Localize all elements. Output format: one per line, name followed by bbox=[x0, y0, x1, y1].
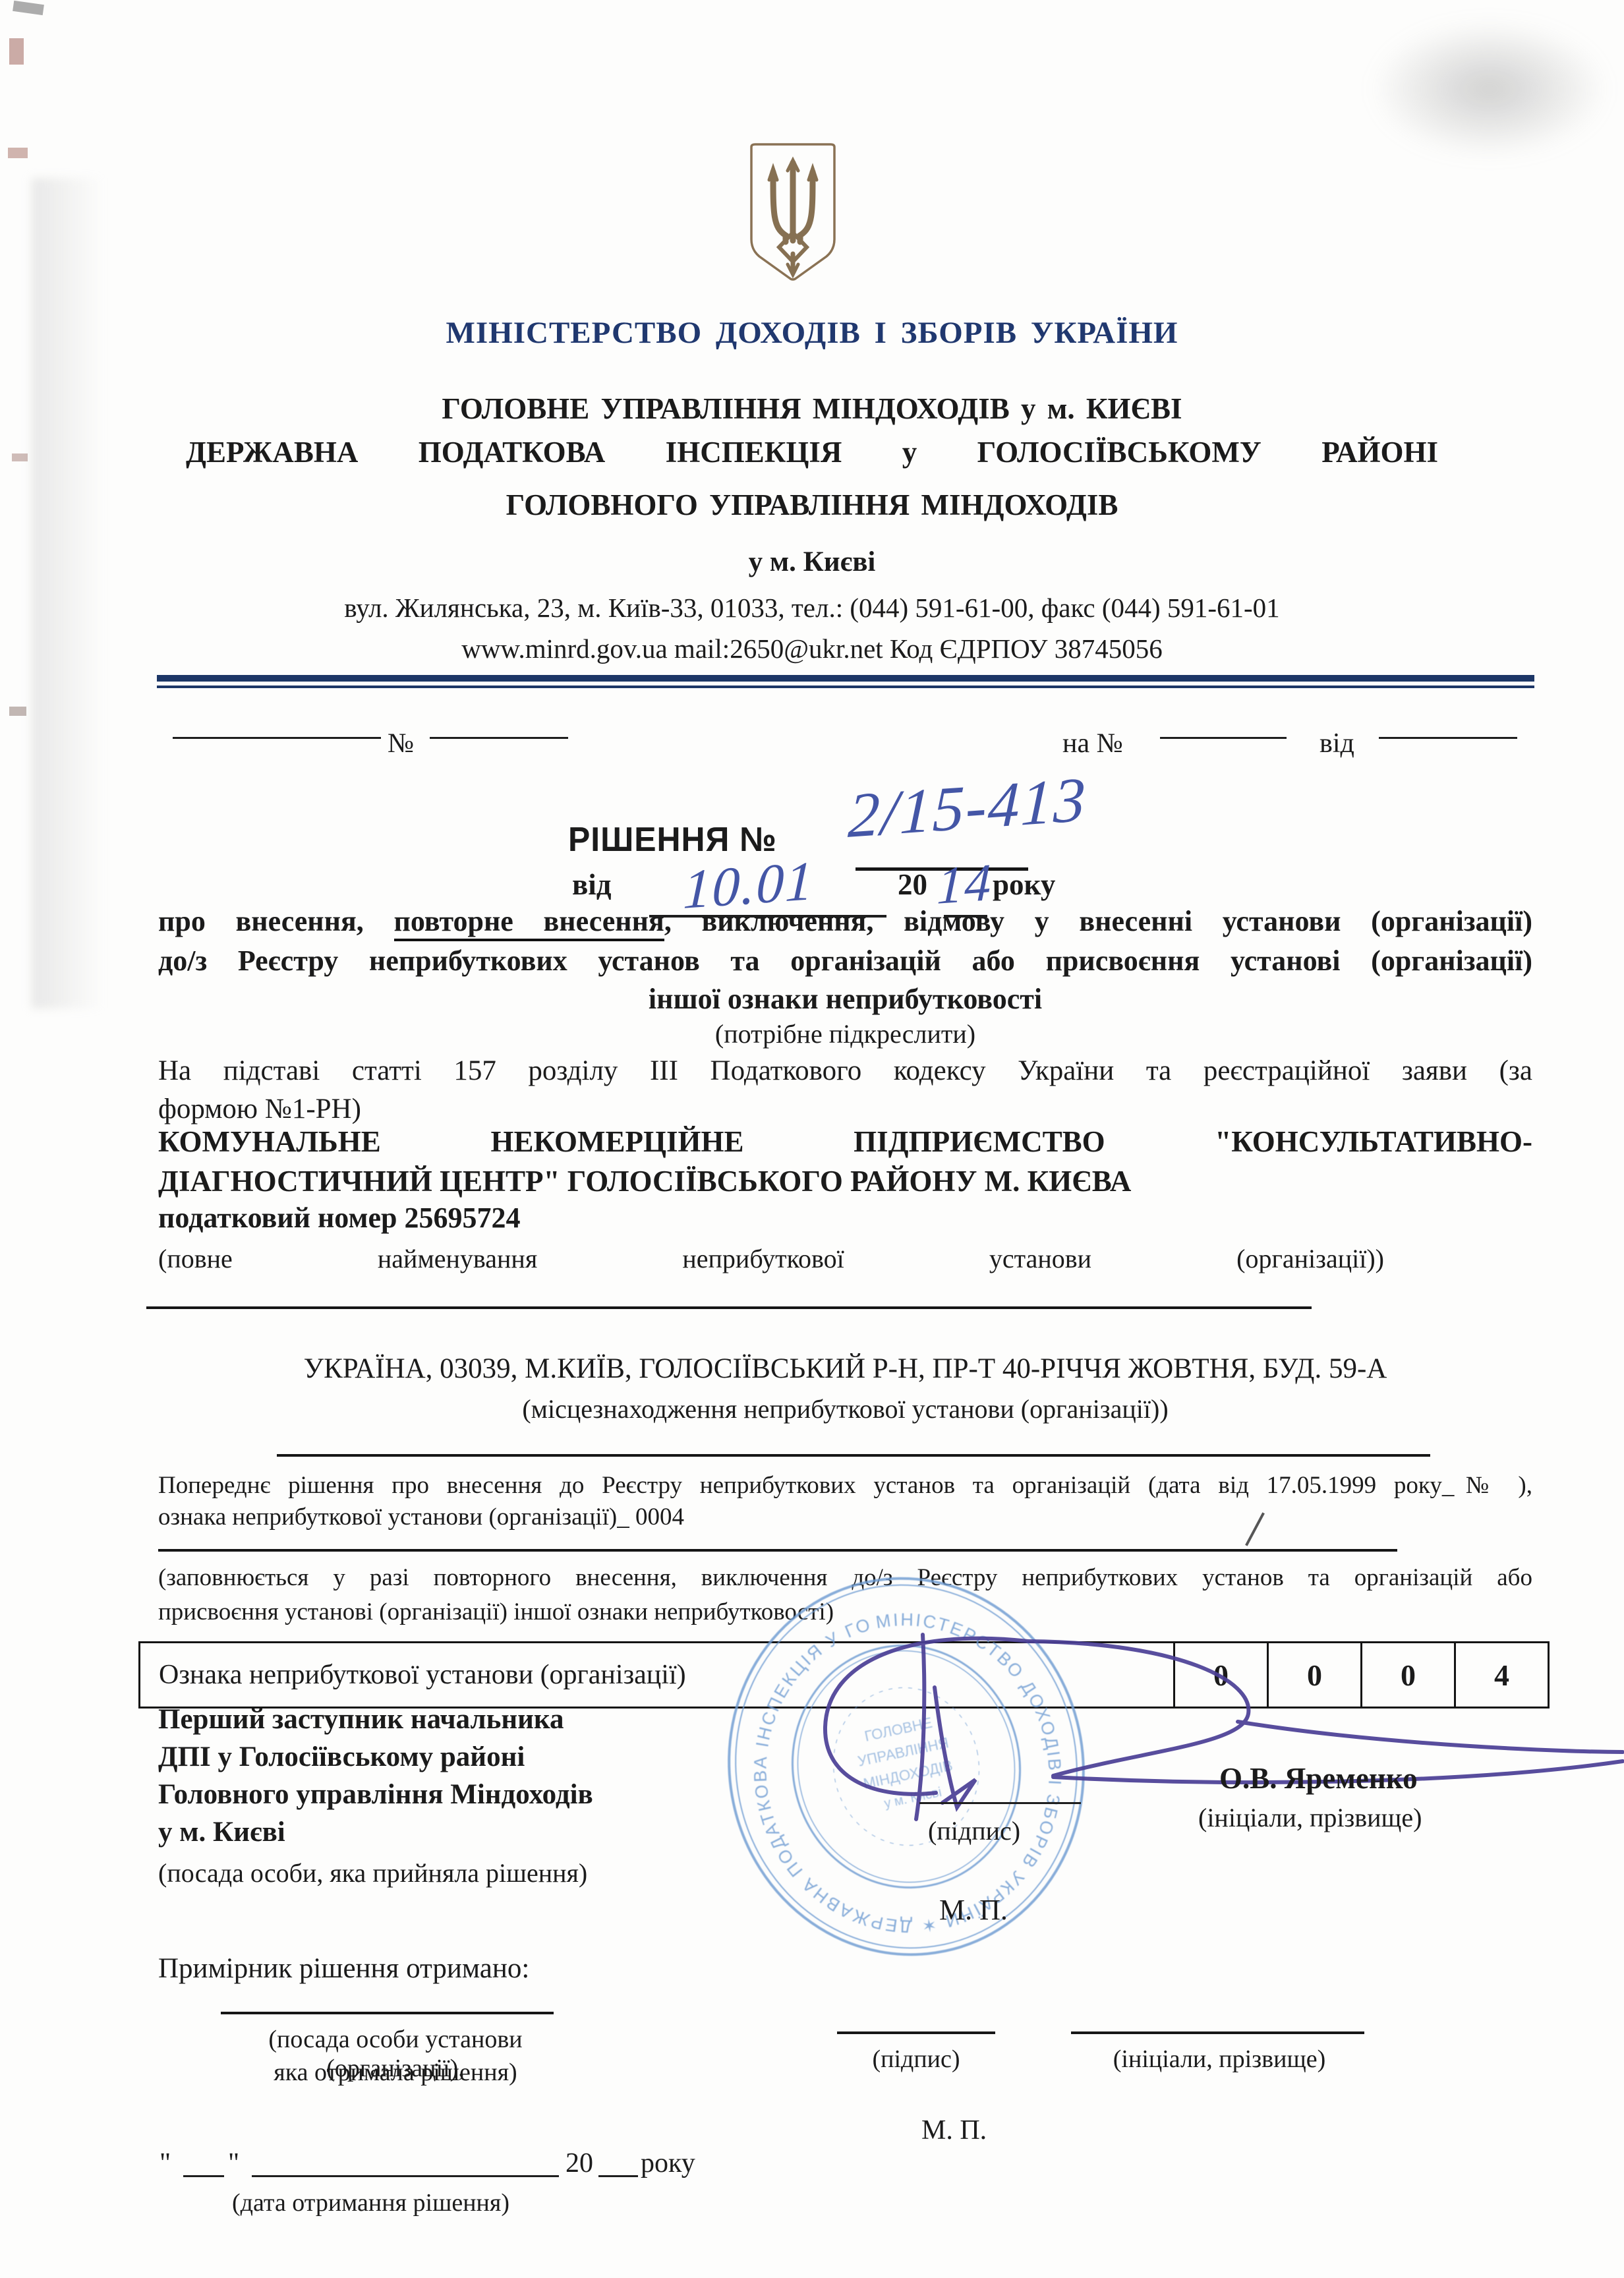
signature bbox=[626, 1582, 1624, 1859]
basis-line-2: формою №1-РН) bbox=[158, 1093, 1532, 1125]
header-address: вул. Жилянська, 23, м. Київ-33, 01033, т… bbox=[0, 592, 1624, 624]
scan-mark-5 bbox=[9, 707, 26, 716]
subject-pre: про внесення, bbox=[158, 905, 364, 937]
receipt-signature-line bbox=[837, 2031, 995, 2034]
receipt-date-year-suffix: року bbox=[641, 2147, 695, 2179]
scan-mark-2 bbox=[9, 38, 24, 65]
header-rule-thin bbox=[157, 686, 1534, 688]
receipt-date-year-line bbox=[598, 2175, 638, 2177]
ref-left-line-2 bbox=[430, 737, 568, 739]
ref-right-vid-label: від bbox=[1319, 728, 1354, 759]
ukraine-trident-emblem-icon bbox=[743, 142, 842, 283]
receipt-name-note: (ініціали, прізвище) bbox=[1091, 2045, 1348, 2074]
receipt-position-line bbox=[221, 2012, 554, 2014]
subject-post: , виключення, відмову у внесенні установ… bbox=[664, 905, 1532, 937]
header-rule-thick bbox=[157, 675, 1534, 682]
scan-shadow-top-right bbox=[1371, 20, 1608, 158]
scanned-decision-document: МІНІСТЕРСТВО ДОХОДІВ І ЗБОРІВ УКРАЇНИ ГО… bbox=[0, 0, 1624, 2278]
receipt-date-day-line bbox=[183, 2175, 224, 2177]
signature-line bbox=[919, 1802, 1081, 1804]
ref-right-line-2 bbox=[1379, 737, 1517, 739]
scan-mark-3 bbox=[8, 148, 28, 158]
ref-left-line-1 bbox=[173, 737, 381, 739]
tax-number: податковий номер 25695724 bbox=[158, 1201, 1532, 1235]
org-name-line-1: КОМУНАЛЬНЕ НЕКОМЕРЦІЙНЕ ПІДПРИЄМСТВО "КО… bbox=[158, 1124, 1532, 1159]
scan-mark-1 bbox=[13, 1, 44, 15]
receipt-signature-note: (підпис) bbox=[857, 2045, 975, 2074]
previous-rule-top bbox=[277, 1454, 1430, 1457]
org-note-word-2: найменування bbox=[378, 1243, 537, 1274]
fill-note-rule bbox=[158, 1549, 1397, 1552]
signer-name-note: (ініціали, прізвище) bbox=[1198, 1802, 1422, 1833]
org-note-word-1: (повне bbox=[158, 1243, 233, 1274]
receipt-label: Примірник рішення отримано: bbox=[158, 1952, 529, 1985]
org-note-word-5: (організації)) bbox=[1236, 1243, 1384, 1274]
receipt-position-note-2: яка отримала рішення) bbox=[198, 2058, 593, 2087]
ref-right-na-label: на № bbox=[1062, 728, 1123, 759]
decision-year-suffix: року bbox=[993, 867, 1055, 902]
signer-position-line-2: ДПІ у Голосіївському районі bbox=[158, 1741, 525, 1773]
signer-position-note: (посада особи, яка прийняла рішення) bbox=[158, 1857, 587, 1888]
previous-decision-line-2: ознака неприбуткової установи (організац… bbox=[158, 1503, 1532, 1531]
decision-subject-line-2: до/з Реєстру неприбуткових установ та ор… bbox=[158, 944, 1532, 978]
signer-position-line-1: Перший заступник начальника bbox=[158, 1703, 564, 1736]
seal-note-1: М. П. bbox=[939, 1893, 1008, 1927]
department-line-1: ГОЛОВНЕ УПРАВЛІННЯ МІНДОХОДІВ у м. КИЄВІ bbox=[0, 392, 1624, 426]
org-location-note: (місцезнаходження неприбуткової установи… bbox=[158, 1393, 1532, 1424]
subject-underlined: повторне внесення bbox=[394, 905, 664, 941]
receipt-date-close-quote: " bbox=[228, 2147, 239, 2179]
ministry-title: МІНІСТЕРСТВО ДОХОДІВ І ЗБОРІВ УКРАЇНИ bbox=[0, 315, 1624, 351]
org-note-word-3: неприбуткової bbox=[682, 1243, 844, 1274]
decision-from-label: від bbox=[572, 867, 612, 902]
org-name-rule bbox=[146, 1306, 1312, 1309]
decision-number-handwritten: 2/15-413 bbox=[847, 762, 1088, 852]
signature-note: (підпис) bbox=[928, 1815, 1020, 1846]
signer-position-line-3: Головного управління Міндоходів bbox=[158, 1778, 593, 1811]
receipt-date-year-prefix: 20 bbox=[565, 2147, 593, 2179]
department-line-2: ДЕРЖАВНА ПОДАТКОВА ІНСПЕКЦІЯ у ГОЛОСІЇВС… bbox=[186, 435, 1438, 469]
seal-note-2: М. П. bbox=[921, 2115, 987, 2146]
decision-subject-line-3: іншої ознаки неприбутковості bbox=[158, 982, 1532, 1016]
scan-mark-4 bbox=[12, 453, 28, 461]
org-note-word-4: установи bbox=[989, 1243, 1091, 1274]
receipt-date-note: (дата отримання рішення) bbox=[232, 2188, 509, 2217]
signer-position-line-4: у м. Києві bbox=[158, 1816, 285, 1848]
receipt-date-open-quote: " bbox=[159, 2147, 171, 2179]
basis-line-1: На підставі статті 157 розділу ІІІ Подат… bbox=[158, 1055, 1532, 1087]
underline-note: (потрібне підкреслити) bbox=[158, 1018, 1532, 1049]
org-location: УКРАЇНА, 03039, М.КИЇВ, ГОЛОСІЇВСЬКИЙ Р-… bbox=[158, 1353, 1532, 1385]
ref-left-no-label: № bbox=[388, 728, 414, 759]
decision-year-prefix: 20 bbox=[898, 867, 927, 902]
department-line-4: у м. Києві bbox=[0, 546, 1624, 578]
signer-name: О.В. Яременко bbox=[1219, 1761, 1418, 1796]
org-name-note: (повне найменування неприбуткової устано… bbox=[158, 1243, 1384, 1274]
org-name-line-2: ДІАГНОСТИЧНИЙ ЦЕНТР" ГОЛОСІЇВСЬКОГО РАЙО… bbox=[158, 1164, 1532, 1198]
previous-decision-line-1: Попереднє рішення про внесення до Реєстр… bbox=[158, 1471, 1532, 1500]
decision-subject-line-1: про внесення, повторне внесення, виключе… bbox=[158, 904, 1532, 938]
header-contacts: www.minrd.gov.ua mail:2650@ukr.net Код Є… bbox=[0, 633, 1624, 664]
receipt-date-month-line bbox=[252, 2175, 559, 2177]
ref-right-line-1 bbox=[1160, 737, 1287, 739]
receipt-name-line bbox=[1071, 2031, 1364, 2034]
department-line-3: ГОЛОВНОГО УПРАВЛІННЯ МІНДОХОДІВ bbox=[0, 488, 1624, 522]
